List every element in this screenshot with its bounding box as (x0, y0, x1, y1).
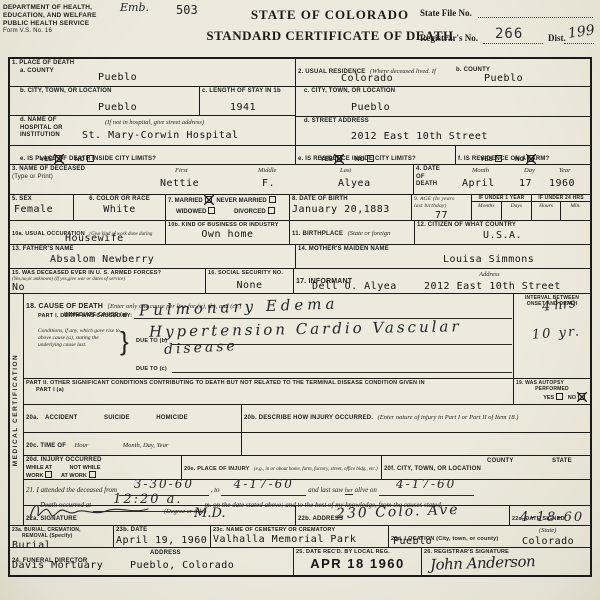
interval-a-value: 4 hrs (541, 296, 576, 314)
part2-label2: PART I (a) (36, 387, 511, 394)
medical-certification-sidebar: MEDICAL CERTIFICATION (10, 294, 24, 525)
section-burial: 23a. BURIAL, CREMATION, REMOVAL (Specify… (10, 526, 114, 547)
section-occupation: 10a. USUAL OCCUPATION (Give kind of work… (10, 221, 166, 244)
injury-county-label: COUNTY (487, 458, 514, 466)
race-value: White (76, 204, 163, 215)
section-funeral-director: 24. FUNERAL DIRECTOR ADDRESS Davis Mortu… (10, 548, 294, 575)
length-of-stay-label: c. LENGTH OF STAY IN 1b (202, 88, 293, 96)
armed-forces-value: No (12, 282, 203, 293)
hospital-note: (If not in hospital, give street address… (105, 119, 204, 126)
issuing-agency: DEPARTMENT OF HEALTH, EDUCATION, AND WEL… (3, 4, 97, 36)
sex-label: 5. SEX (12, 196, 71, 204)
autopsy-yes-label: YES (543, 395, 554, 401)
brace-glyph: } (120, 326, 129, 357)
injury-city-label: 20f. CITY, TOWN, OR LOCATION (384, 466, 481, 472)
never-married-checkbox (269, 196, 276, 203)
attended-to-label: , to (211, 486, 220, 494)
interval-b-value: 10 yr. (532, 324, 582, 342)
section-ssn: 16. SOCIAL SECURITY NO. None (206, 269, 294, 293)
section-autopsy: 19. WAS AUTOPSY PERFORMED YES NO (514, 379, 590, 404)
section-physician-address: 22b. ADDRESS 230 Colo. Ave (296, 506, 510, 525)
alive-on-label: alive on (355, 486, 377, 494)
certificate-page: DEPARTMENT OF HEALTH, EDUCATION, AND WEL… (0, 0, 600, 600)
days-label: Days (502, 202, 532, 220)
mother-label: 14. MOTHER'S MAIDEN NAME (298, 246, 588, 254)
registrar-no-value: 266 (495, 26, 523, 42)
section-father: 13. FATHER'S NAME Absalom Newberry (10, 245, 296, 268)
degree-value: M.D. (194, 506, 226, 521)
dept-line2: EDUCATION, AND WELFARE (3, 12, 97, 20)
place-city-limits-no-label: NO (75, 156, 85, 163)
last-name-header: Last (340, 167, 351, 174)
part2-label: PART II. OTHER SIGNIFICANT CONDITIONS CO… (26, 380, 511, 387)
res-farm-yes-checkbox (495, 155, 502, 162)
death-day-value: 17 (519, 178, 532, 189)
year-header: Year (559, 167, 571, 174)
dob-label: 8. DATE OF BIRTH (292, 196, 409, 204)
last-saw-value: 4-17-60 (396, 477, 456, 491)
burial-value: Burial (12, 540, 111, 548)
work-label: WORK (26, 473, 43, 479)
state-title: STATE OF COLORADO (230, 7, 430, 23)
form-number: Form V.S. No. 16 (3, 28, 97, 36)
married-label: 7. MARRIED (168, 198, 203, 204)
immediate-cause-label: IMMEDIATE CAUSE (a) (64, 312, 127, 319)
informant-address-label: Address (479, 271, 500, 278)
section-manner: 20a. ACCIDENT SUICIDE HOMICIDE (24, 405, 242, 432)
section-age: 9. AGE (In years last birthday) 77 (412, 195, 472, 220)
mdy-label: Month, Day, Year (123, 442, 169, 449)
ssn-label: 16. SOCIAL SECURITY NO. (208, 270, 291, 277)
father-label: 13. FATHER'S NAME (12, 246, 293, 254)
hospital-label: d. NAME OF HOSPITAL OR INSTITUTION (20, 117, 80, 140)
section-marital-status: 7. MARRIED NEVER MARRIED WIDOWED DIVORCE… (166, 195, 290, 220)
medical-certification-label: MEDICAL CERTIFICATION (12, 353, 19, 466)
funeral-address-value: Pueblo, Colorado (130, 560, 234, 571)
min-label: Min. (561, 202, 590, 220)
section-date-of-death: 4. DATE OF DEATH Month Day Year April 17… (414, 165, 590, 194)
due-to-c-label: DUE TO (c) (136, 366, 167, 373)
cemetery-label: 23c. NAME OF CEMETERY OR CREMATORY (213, 527, 386, 534)
married-checkbox (205, 196, 212, 203)
section-place-of-death: 1. PLACE OF DEATH a. COUNTY Pueblo b. CI… (10, 59, 296, 164)
interval-column: INTERVAL BETWEEN ONSET AND DEATH 4 hrs 1… (514, 294, 590, 378)
section-citizen: 12. CITIZEN OF WHAT COUNTRY U.S.A. (415, 221, 590, 244)
cemetery-city-value: Pueblo (393, 536, 432, 547)
her-word: her (345, 488, 353, 495)
attended-from-value: 3-30-60 (134, 477, 194, 491)
mother-value: Louisa Simmons (443, 254, 588, 265)
section-date-signed: 22c. DATE SIGNED 4-18-60 (510, 506, 590, 525)
res-farm-yes-label: YES (480, 156, 493, 163)
first-name-header: First (175, 167, 188, 174)
section-usual-residence: 2. USUAL RESIDENCE (Where deceased lived… (296, 59, 590, 164)
hours-label: Hours (532, 202, 561, 220)
residence-city-label: c. CITY, TOWN, OR LOCATION (304, 88, 588, 96)
dept-line3: PUBLIC HEALTH SERVICE (3, 20, 97, 28)
section-time-of-injury: 20c. TIME OF Hour Month, Day, Year INJUR… (24, 433, 242, 455)
section-date-of-birth: 8. DATE OF BIRTH January 20,1883 (290, 195, 412, 220)
section-armed-forces: 15. WAS DECEASED EVER IN U. S. ARMED FOR… (10, 269, 206, 293)
age-value: 77 (414, 210, 469, 220)
burial-date-label: 23b. DATE (116, 527, 208, 535)
accident-label: ACCIDENT (45, 415, 78, 421)
registrar-no-line (483, 43, 543, 44)
attended-to-line: 4-17-60 (221, 481, 306, 496)
how-injury-label: 20b. DESCRIBE HOW INJURY OCCURRED. (244, 415, 373, 421)
month-header: Month (472, 167, 489, 174)
last-name-value: Alyea (338, 178, 371, 189)
section-name-of-deceased: 3. NAME OF DECEASED (Type or Print) Firs… (10, 165, 414, 194)
physician-address-value: 230 Colo. Ave (336, 502, 460, 522)
funeral-address-label: ADDRESS (150, 550, 181, 558)
not-at-work-checkbox (89, 471, 96, 478)
citizen-label: 12. CITIZEN OF WHAT COUNTRY (417, 222, 588, 230)
ssn-value: None (208, 280, 291, 291)
under-1-year-label: IF UNDER 1 YEAR (472, 195, 531, 202)
age-label2: last birthday) (414, 203, 469, 210)
autopsy-no-label: NO (568, 395, 576, 401)
city-value: Pueblo (98, 102, 137, 113)
section-informant: 17. INFORMANT Address Dell O. Alyea 2012… (294, 269, 590, 293)
divorced-checkbox (268, 207, 275, 214)
registrar-signature-value: John Anderson (430, 552, 536, 574)
res-farm-no-checkbox (527, 155, 534, 162)
residence-city-value: Pueblo (351, 102, 390, 113)
street-address-label: d. STREET ADDRESS (304, 118, 588, 126)
section-under-1-year: IF UNDER 1 YEAR Months Days (472, 195, 532, 220)
hospital-value: St. Mary-Corwin Hospital (82, 130, 239, 141)
county-value: Pueblo (98, 72, 137, 83)
occupation-value: Housewife (65, 233, 124, 244)
section-place-of-injury: 20e. PLACE OF INJURY (e.g., in or about … (182, 456, 382, 479)
hour-label: Hour (75, 442, 89, 449)
cause-c-line (172, 372, 512, 373)
last-saw-label: and last saw (308, 486, 343, 494)
autopsy-yes-checkbox (556, 393, 563, 400)
residence-state-value: Colorado (341, 73, 393, 84)
day-header: Day (524, 167, 535, 174)
cause-b-value-line1: Hypertension Cardio Vascular (149, 317, 462, 340)
section-injury-at-work: 20d. INJURY OCCURRED WHILE AT NOT WHILE … (24, 456, 182, 479)
cemetery-value: Valhalla Memorial Park (213, 534, 386, 545)
father-value: Absalom Newberry (50, 254, 293, 265)
res-city-limits-yes-checkbox (335, 155, 342, 162)
place-city-limits-yes-label: YES (40, 156, 53, 163)
date-received-label: 25. DATE REC'D. BY LOCAL REG. (296, 549, 419, 556)
widowed-checkbox (208, 207, 215, 214)
dob-value: January 20,1883 (292, 204, 409, 215)
length-of-stay-value: 1941 (230, 102, 256, 113)
burial-date-value: April 19, 1960 (116, 535, 208, 546)
certificate-form: 1. PLACE OF DEATH a. COUNTY Pueblo b. CI… (8, 57, 592, 577)
conditions-note: Conditions, if any, which gave rise to a… (38, 328, 120, 349)
physician-signature (24, 500, 154, 524)
place-injury-note: (e.g., in or about home, farm, factory, … (254, 467, 378, 472)
certificate-number: 503 (176, 3, 198, 17)
middle-name-value: F. (262, 178, 275, 189)
cause-b-value-line2: disease (164, 338, 238, 358)
section-business: 10b. KIND OF BUSINESS OR INDUSTRY Own ho… (166, 221, 290, 244)
dist-line (564, 43, 594, 44)
cemetery-state-label: (State) (539, 527, 556, 534)
armed-forces-label: 15. WAS DECEASED EVER IN U. S. ARMED FOR… (12, 270, 203, 277)
dept-line1: DEPARTMENT OF HEALTH, (3, 4, 97, 12)
cause-of-death-label: 18. CAUSE OF DEATH (26, 303, 103, 310)
autopsy-no-checkbox (578, 393, 585, 400)
sex-value: Female (14, 204, 71, 215)
months-label: Months (472, 202, 502, 220)
street-address-value: 2012 East 10th Street (351, 131, 488, 142)
section-date-received: 25. DATE REC'D. BY LOCAL REG. APR 18 196… (294, 548, 422, 575)
homicide-label: HOMICIDE (156, 415, 188, 421)
section-race: 6. COLOR OR RACE White (74, 195, 166, 220)
state-file-no-label: State File No. (420, 8, 472, 18)
place-of-death-title: 1. PLACE OF DEATH (12, 60, 293, 68)
last-saw-line: 4-17-60 (379, 481, 474, 496)
divorced-label: DIVORCED (234, 209, 266, 215)
business-value: Own home (168, 229, 287, 240)
informant-value: Dell O. Alyea (312, 281, 397, 292)
section-cemetery: 23c. NAME OF CEMETERY OR CREMATORY Valha… (211, 526, 389, 547)
section-registrar-signature: 26. REGISTRAR'S SIGNATURE John Anderson (422, 548, 590, 575)
injury-occurred-label: 20d. INJURY OCCURRED (26, 457, 179, 465)
date-received-stamp: APR 18 1960 (296, 556, 419, 571)
middle-name-header: Middle (258, 167, 276, 174)
res-farm-no-label: NO (515, 156, 525, 163)
while-at-work-checkbox (45, 471, 52, 478)
res-city-limits-no-label: NO (355, 156, 365, 163)
cemetery-state-value: Colorado (522, 536, 574, 547)
time-of-injury-blank (242, 433, 590, 455)
city-label: b. CITY, TOWN, OR LOCATION (20, 88, 197, 96)
res-city-limits-no-checkbox (367, 155, 374, 162)
race-label: 6. COLOR OR RACE (76, 196, 163, 204)
residence-county-value: Pueblo (484, 73, 523, 84)
section-injury-location: 20f. CITY, TOWN, OR LOCATION COUNTY STAT… (382, 456, 590, 479)
business-label: 10b. KIND OF BUSINESS OR INDUSTRY (168, 222, 287, 229)
time-injury-label1: 20c. TIME OF (26, 443, 66, 449)
manner-label: 20a. (26, 415, 38, 421)
section-physician-signature: 22a. SIGNATURE (Degree or title) M.D. (24, 506, 296, 525)
at-work-label: AT WORK (61, 473, 87, 479)
attended-lead: 21. I attended the deceased from (26, 486, 117, 494)
citizen-value: U.S.A. (417, 230, 588, 241)
place-city-limits-yes-checkbox (55, 155, 62, 162)
death-month-value: April (462, 178, 495, 189)
age-label1: 9. AGE (In years (414, 196, 469, 203)
section-sex: 5. SEX Female (10, 195, 74, 220)
county-label: a. COUNTY (20, 68, 293, 76)
date-signed-value: 4-18-60 (520, 510, 584, 525)
funeral-director-value: Davis Mortuary (12, 560, 103, 571)
dist-label: Dist. (548, 33, 566, 43)
injury-state-label: STATE (552, 458, 572, 466)
place-injury-label: 20e. PLACE OF INJURY (184, 466, 250, 472)
section-how-injury: 20b. DESCRIBE HOW INJURY OCCURRED. (Ente… (242, 405, 590, 432)
attended-to-value: 4-17-60 (234, 477, 294, 491)
section-under-24-hrs: IF UNDER 24 HRS Hours Min. (532, 195, 590, 220)
suicide-label: SUICIDE (104, 415, 130, 421)
birthplace-label: 11. BIRTHPLACE (292, 231, 343, 237)
place-city-limits-no-checkbox (87, 155, 94, 162)
first-name-value: Nettie (160, 178, 199, 189)
emb-handwritten-note: Emb. (120, 1, 149, 14)
informant-address-value: 2012 East 10th Street (424, 281, 561, 292)
never-married-label: NEVER MARRIED (216, 198, 266, 204)
section-burial-date: 23b. DATE April 19, 1960 (114, 526, 211, 547)
state-file-no-blank (478, 17, 593, 18)
under-24-hrs-label: IF UNDER 24 HRS (532, 195, 590, 202)
dist-value: 199 (567, 22, 596, 42)
header: DEPARTMENT OF HEALTH, EDUCATION, AND WEL… (0, 0, 600, 57)
section-mother: 14. MOTHER'S MAIDEN NAME Louisa Simmons (296, 245, 590, 268)
res-city-limits-yes-label: YES (320, 156, 333, 163)
section-birthplace: 11. BIRTHPLACE (State or foreign country… (290, 221, 415, 244)
death-year-value: 1960 (549, 178, 575, 189)
how-injury-note: (Enter nature of injury in Part I or Par… (378, 414, 519, 421)
section-cemetery-location: 23d. LOCATION (City, town, or county) (S… (389, 526, 590, 547)
widowed-label: WIDOWED (176, 209, 206, 215)
registrar-no-label: Registrar's No. (420, 33, 478, 43)
